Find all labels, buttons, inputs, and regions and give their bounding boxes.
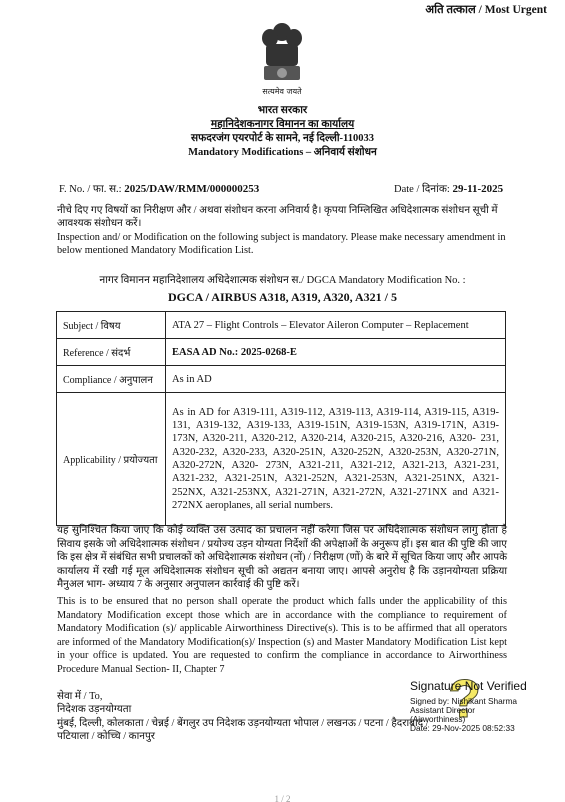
body-english: This is to be ensured that no person sha… — [57, 595, 507, 676]
national-emblem-icon: सत्यमेव जयते — [258, 18, 306, 106]
addressee-line-2: मुंबई, दिल्ली, कोलकाता / चेन्नई / बेंगलु… — [57, 717, 429, 730]
digital-signature-block[interactable]: Signature Not Verified Signed by: Nishik… — [410, 679, 527, 733]
subject-label: Subject / विषय — [57, 312, 166, 339]
intro-hindi: नीचे दिए गए विषयों का निरीक्षण और / अथवा… — [57, 204, 507, 231]
table-row: Subject / विषय ATA 27 – Flight Controls … — [57, 312, 506, 339]
mm-number: DGCA / AIRBUS A318, A319, A320, A321 / 5 — [0, 290, 565, 305]
document-title: Mandatory Modifications – अनिवार्य संशोध… — [0, 146, 565, 160]
table-row: Reference / संदर्भ EASA AD No.: 2025-026… — [57, 339, 506, 366]
date-label: Date / दिनांक: — [394, 184, 452, 195]
addressee-line-1: निदेशक उड़नयोग्यता — [57, 703, 429, 716]
applicability-label: Applicability / प्रयोज्यता — [57, 393, 166, 526]
signature-status: Signature Not Verified — [410, 679, 527, 693]
compliance-label: Compliance / अनुपालन — [57, 366, 166, 393]
office-address: सफदरजंग एयरपोर्ट के सामने, नई दिल्ली-110… — [0, 132, 565, 146]
subject-value: ATA 27 – Flight Controls – Elevator Aile… — [166, 312, 506, 339]
addressee-line-3: पटियाला / कोच्चि / कानपुर — [57, 730, 429, 743]
reference-value: EASA AD No.: 2025-0268-E — [166, 339, 506, 366]
file-number-label: F. No. / फा. स.: — [59, 184, 124, 195]
addressee-block: सेवा में / To, निदेशक उड़नयोग्यता मुंबई,… — [57, 690, 429, 744]
date-value: 29-11-2025 — [452, 183, 503, 195]
govt-line: भारत सरकार — [0, 104, 565, 118]
reference-label: Reference / संदर्भ — [57, 339, 166, 366]
to-label: सेवा में / To, — [57, 690, 429, 703]
document-date: Date / दिनांक: 29-11-2025 — [394, 182, 503, 196]
table-row: Applicability / प्रयोज्यता As in AD for … — [57, 393, 506, 526]
table-row: Compliance / अनुपालन As in AD — [57, 366, 506, 393]
letterhead: भारत सरकार महानिदेशकनागर विमानन का कार्य… — [0, 104, 565, 160]
file-number-value: 2025/DAW/RMM/000000253 — [124, 183, 259, 195]
svg-text:सत्यमेव जयते: सत्यमेव जयते — [262, 86, 302, 96]
office-name: महानिदेशकनागर विमानन का कार्यालय — [0, 118, 565, 132]
signature-date: Date: 29-Nov-2025 08:52:33 — [410, 724, 527, 733]
file-number: F. No. / फा. स.: 2025/DAW/RMM/000000253 — [59, 182, 259, 196]
body-hindi: यह सुनिश्चित किया जाए कि कोई व्यक्ति उस … — [57, 524, 507, 592]
applicability-value: As in AD for A319-111, A319-112, A319-11… — [166, 393, 506, 526]
mm-number-label: नागर विमानन महानिदेशालय अधिदेशात्मक संशो… — [0, 273, 565, 287]
intro-english: Inspection and/ or Modification on the f… — [57, 231, 507, 258]
compliance-value: As in AD — [166, 366, 506, 393]
priority-label: अति तत्काल / Most Urgent — [425, 2, 547, 17]
page-indicator: 1 / 2 — [0, 794, 565, 802]
modification-details-table: Subject / विषय ATA 27 – Flight Controls … — [56, 311, 506, 526]
